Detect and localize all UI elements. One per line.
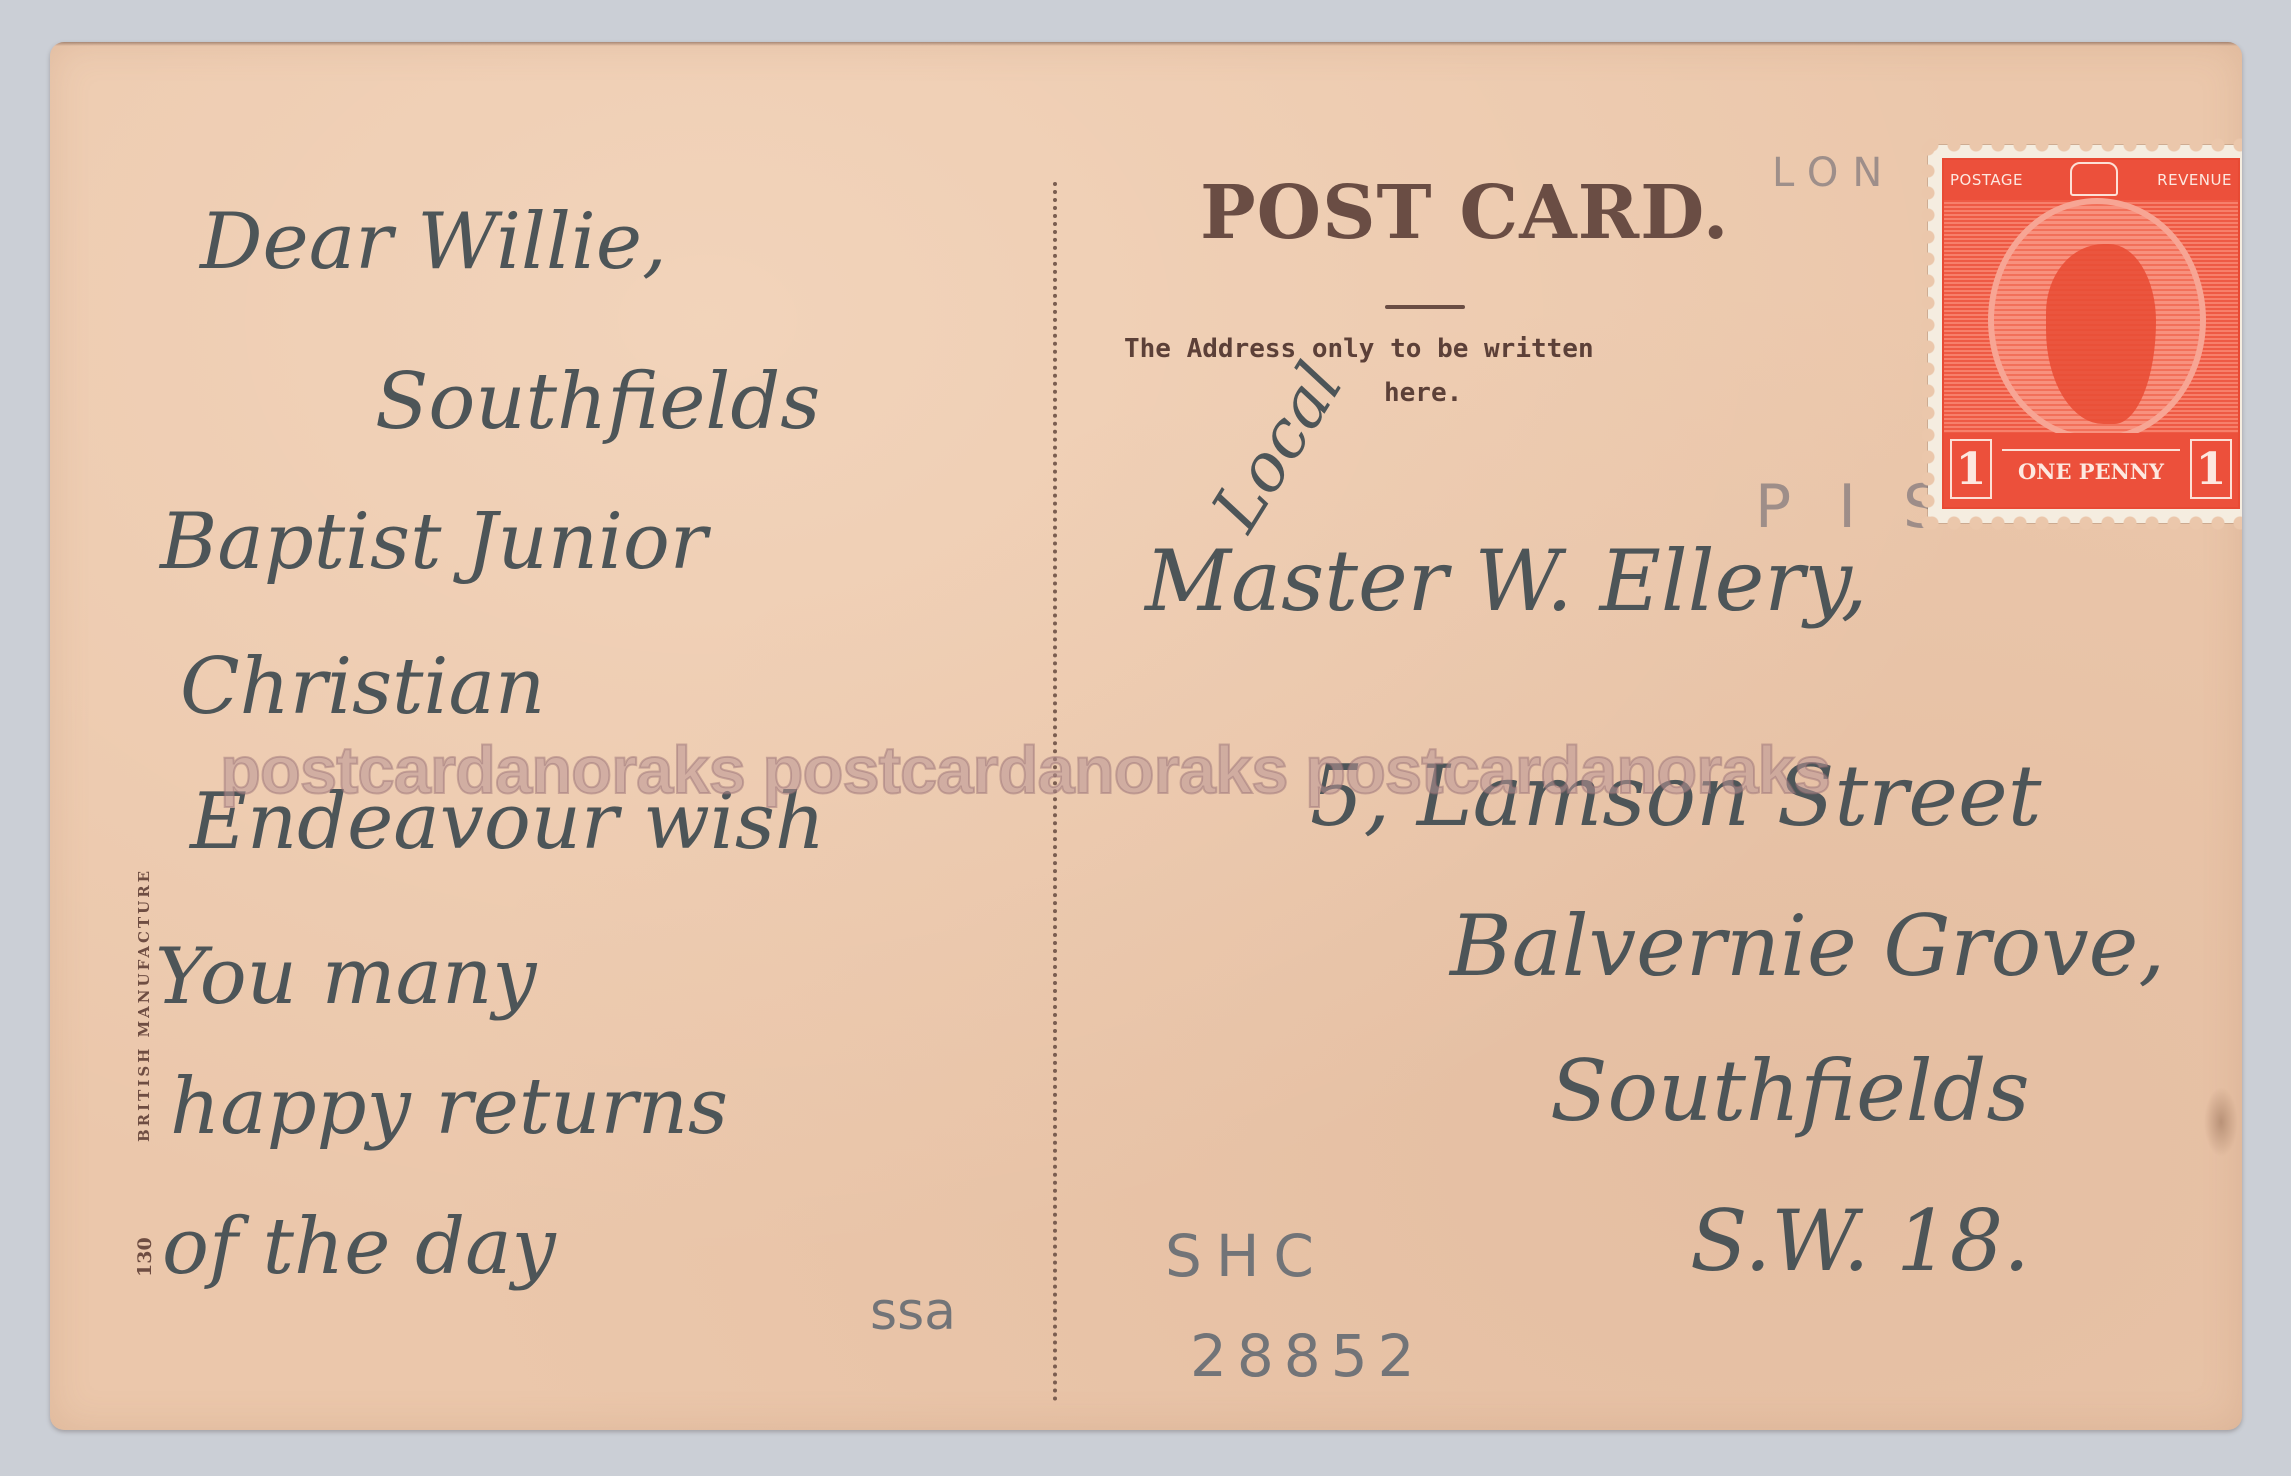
- card-edge: [50, 42, 2242, 46]
- address-line: Master W. Ellery,: [1145, 532, 1868, 630]
- watermark: postcardanoraks postcardanoraks postcard…: [220, 732, 1830, 809]
- stamp-revenue-label: REVENUE: [2157, 171, 2232, 189]
- postmark-fragment-top: LON: [1772, 150, 1896, 196]
- crown-icon: [2070, 162, 2118, 196]
- message-line: You many: [155, 932, 536, 1022]
- side-print-text: BRITISH MANUFACTURE: [135, 868, 153, 1142]
- pencil-note: ssa: [870, 1282, 956, 1342]
- message-line: Dear Willie,: [200, 197, 667, 287]
- king-george-v-portrait-icon: [2046, 244, 2156, 424]
- postcard: BRITISH MANUFACTURE 130 POST CARD. The A…: [50, 42, 2242, 1430]
- stamp-postage-label: POSTAGE: [1950, 171, 2023, 189]
- address-line: Balvernie Grove,: [1450, 897, 2165, 995]
- message-line: of the day: [162, 1202, 556, 1292]
- stamp-portrait-frame: [1988, 198, 2206, 442]
- stamp-value-left: 1: [1950, 439, 1992, 499]
- postcard-title: POST CARD.: [1200, 170, 1729, 256]
- message-line: Christian: [180, 642, 545, 732]
- side-print-number: 130: [134, 1237, 156, 1277]
- paper-stain: [2204, 1087, 2238, 1157]
- pencil-reference-code: SHC: [1165, 1222, 1328, 1290]
- stamp-footer: 1 ONE PENNY 1: [1944, 433, 2238, 507]
- stamp-value-right: 1: [2190, 439, 2232, 499]
- stamp-value-text: ONE PENNY: [2002, 449, 2180, 491]
- message-line: happy returns: [170, 1062, 728, 1152]
- local-annotation: Local: [1197, 350, 1358, 544]
- address-instruction-cont: here.: [1384, 378, 1462, 408]
- title-rule: [1385, 305, 1465, 309]
- message-line: Baptist Junior: [160, 497, 707, 587]
- pencil-reference-number: 28852: [1190, 1322, 1425, 1390]
- postage-stamp: POSTAGE REVENUE 1 ONE PENNY 1: [1928, 145, 2242, 523]
- address-line: Southfields: [1550, 1042, 2030, 1140]
- stamp-design: POSTAGE REVENUE 1 ONE PENNY 1: [1942, 158, 2240, 509]
- address-line: S.W. 18.: [1690, 1192, 2030, 1290]
- message-line: Southfields: [375, 357, 820, 447]
- address-instruction: The Address only to be written: [1124, 334, 1594, 364]
